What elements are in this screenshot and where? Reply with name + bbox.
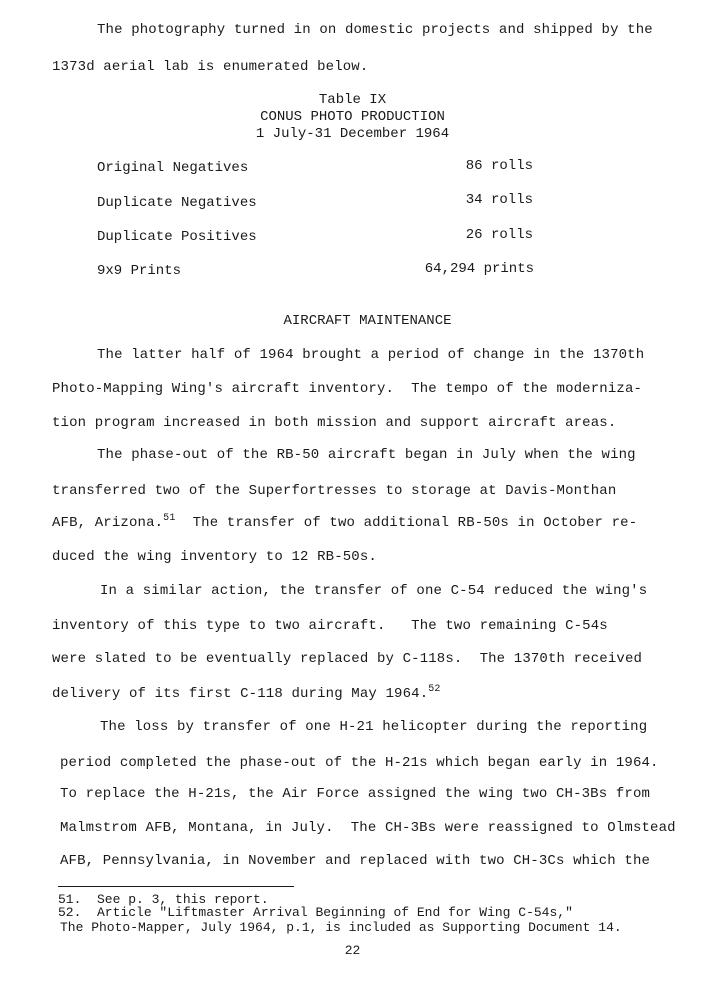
- p3-line-3: were slated to be eventually replaced by…: [52, 651, 642, 667]
- p2-line-2: transferred two of the Superfortresses t…: [52, 483, 616, 499]
- intro-line-2: 1373d aerial lab is enumerated below.: [52, 59, 368, 75]
- p4-line-1: The loss by transfer of one H-21 helicop…: [100, 719, 647, 735]
- p4-line-3: To replace the H-21s, the Air Force assi…: [60, 786, 650, 802]
- table-title: Table IX: [0, 92, 705, 108]
- row-value: 26 rolls: [466, 227, 533, 243]
- p2-line-3-rest: The transfer of two additional RB-50s in…: [175, 515, 637, 531]
- intro-line-1: The photography turned in on domestic pr…: [97, 22, 653, 38]
- footnote-ref-52[interactable]: 52: [428, 684, 440, 695]
- p4-line-5: AFB, Pennsylvania, in November and repla…: [60, 853, 650, 869]
- footnote-ref-51[interactable]: 51: [163, 513, 175, 524]
- page-number: 22: [0, 943, 705, 958]
- p3-line-1: In a similar action, the transfer of one…: [100, 583, 647, 599]
- p4-line-4: Malmstrom AFB, Montana, in July. The CH-…: [60, 820, 676, 836]
- row-label: Original Negatives: [97, 160, 248, 176]
- p2-line-1: The phase-out of the RB-50 aircraft bega…: [97, 447, 636, 463]
- p3-line-4: delivery of its first C-118 during May 1…: [52, 686, 441, 702]
- row-value: 64,294 prints: [425, 261, 534, 277]
- section-heading: AIRCRAFT MAINTENANCE: [15, 313, 705, 329]
- p1-line-2: Photo-Mapping Wing's aircraft inventory.…: [52, 381, 642, 397]
- p2-line-4: duced the wing inventory to 12 RB-50s.: [52, 549, 377, 565]
- p1-line-3: tion program increased in both mission a…: [52, 415, 616, 431]
- footnote-divider: [58, 886, 294, 887]
- footnote-52: 52. Article "Liftmaster Arrival Beginnin…: [58, 906, 573, 919]
- table-subtitle: CONUS PHOTO PRODUCTION: [0, 109, 705, 125]
- row-label: Duplicate Negatives: [97, 195, 257, 211]
- p3-line-4-text: delivery of its first C-118 during May 1…: [52, 686, 428, 702]
- row-label: 9x9 Prints: [97, 263, 181, 279]
- p2-line-3: AFB, Arizona.51 The transfer of two addi…: [52, 515, 637, 531]
- table-period: 1 July-31 December 1964: [0, 126, 705, 142]
- row-label: Duplicate Positives: [97, 229, 257, 245]
- p2-line-3-text: AFB, Arizona.: [52, 515, 163, 531]
- p4-line-2: period completed the phase-out of the H-…: [60, 755, 659, 771]
- p3-line-2: inventory of this type to two aircraft. …: [52, 618, 608, 634]
- row-value: 34 rolls: [466, 192, 533, 208]
- p1-line-1: The latter half of 1964 brought a period…: [97, 347, 644, 363]
- footnote-52-continued: The Photo-Mapper, July 1964, p.1, is inc…: [60, 921, 622, 934]
- row-value: 86 rolls: [466, 158, 533, 174]
